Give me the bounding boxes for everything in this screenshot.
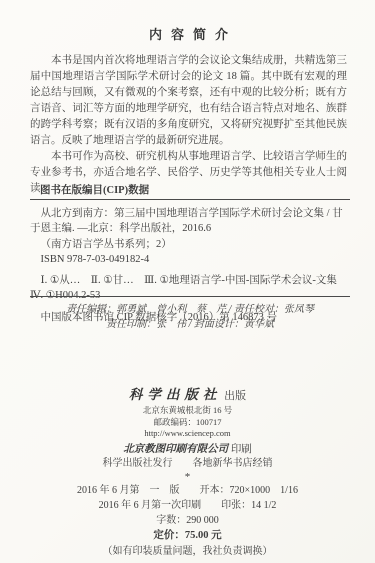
printer-line: 北京教图印刷有限公司 印刷 xyxy=(0,442,375,457)
publisher-address: 北京东黄城根北街 16 号 xyxy=(0,405,375,417)
cip-header: 图书在版编目(CIP)数据 xyxy=(30,183,350,199)
publish-label: 出版 xyxy=(221,390,246,402)
cip-series-line: （南方语言学丛书系列；2） xyxy=(30,237,350,253)
section-separator: * xyxy=(0,471,375,483)
intro-section: 内容简介 本书是国内首次将地理语言学的会议论文集结成册，共精选第三届中国地理语言… xyxy=(30,24,347,197)
publisher-postcode: 邮政编码：100717 xyxy=(0,417,375,429)
credits-line-2: 责任印制：张 伟 / 封面设计：黄华斌 xyxy=(30,317,350,332)
cip-isbn-line: ISBN 978-7-03-049182-4 xyxy=(30,252,350,268)
credits-top-rule xyxy=(30,296,350,297)
publisher-website: http://www.sciencep.com xyxy=(0,428,375,440)
edition-block: 2016 年 6 月第 一 版 开本：720×1000 1/16 2016 年 … xyxy=(0,483,375,528)
intro-title: 内容简介 xyxy=(30,24,347,43)
credits-line-1: 责任编辑：郭勇斌 曾小利 蔡 芹 / 责任校对：张凤琴 xyxy=(30,302,350,317)
impression-line: 2016 年 6 月第一次印刷 印张：14 1/2 xyxy=(0,498,375,513)
word-count-line: 字数：290 000 xyxy=(0,513,375,528)
cip-title-line: 从北方到南方：第三届中国地理语言学国际学术研讨会论文集 / 甘于恩主编. —北京… xyxy=(30,206,350,237)
price-line: 定价：75.00 元 xyxy=(0,528,375,544)
printer-name: 北京教图印刷有限公司 xyxy=(123,444,228,455)
print-label: 印刷 xyxy=(228,444,252,455)
distribution-line: 科学出版社发行 各地新华书店经销 xyxy=(0,457,375,471)
publisher-line: 科学出版社 出版 xyxy=(0,386,375,405)
edition-line: 2016 年 6 月第 一 版 开本：720×1000 1/16 xyxy=(0,483,375,498)
cip-top-rule xyxy=(30,199,350,200)
book-copyright-page: 内容简介 本书是国内首次将地理语言学的会议论文集结成册，共精选第三届中国地理语言… xyxy=(0,0,375,563)
reprint-note: （如有印装质量问题，我社负责调换） xyxy=(0,544,375,559)
publisher-name: 科学出版社 xyxy=(129,387,222,402)
colophon-section: 科学出版社 出版 北京东黄城根北街 16 号 邮政编码：100717 http:… xyxy=(0,386,375,559)
intro-paragraph-1: 本书是国内首次将地理语言学的会议论文集结成册，共精选第三届中国地理语言学国际学术… xyxy=(30,53,347,149)
credits-section: 责任编辑：郭勇斌 曾小利 蔡 芹 / 责任校对：张凤琴 责任印制：张 伟 / 封… xyxy=(30,296,350,332)
